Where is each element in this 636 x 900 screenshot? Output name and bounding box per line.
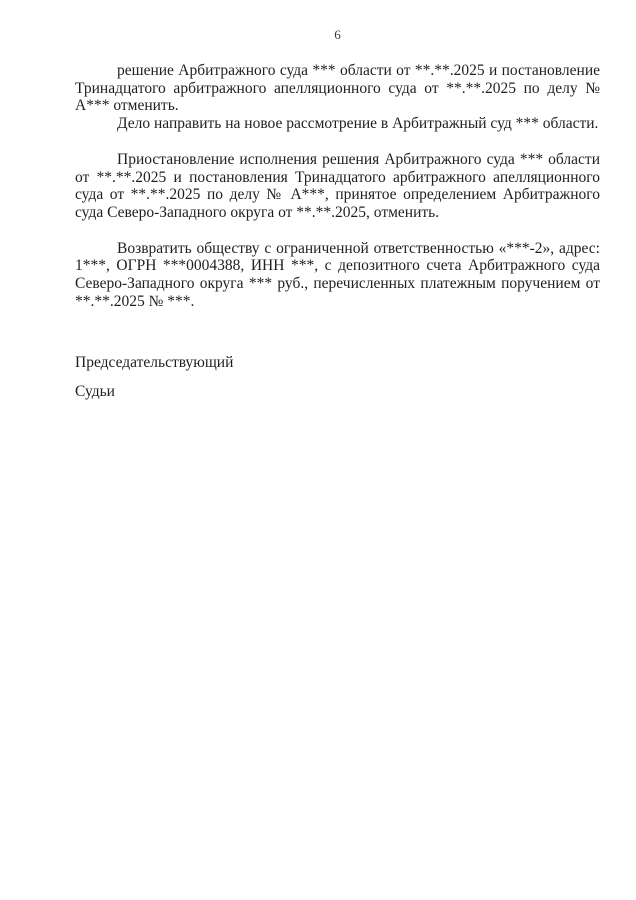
court-document-page: 6 решение Арбитражного суда *** области … [0,0,636,900]
paragraph-deposit-refund: Возвратить обществу с ограниченной ответ… [75,240,600,311]
judges-label: Судьи [75,383,600,401]
paragraph-suspension-cancellation: Приостановление исполнения решения Арбит… [75,151,600,222]
paragraph-ruling-cancellation: решение Арбитражного суда *** области от… [75,62,600,115]
page-number: 6 [75,28,600,42]
document-body: решение Арбитражного суда *** области от… [75,62,600,401]
signature-block: Председательствующий Судьи [75,354,600,400]
paragraph-case-remand: Дело направить на новое рассмотрение в А… [75,115,600,133]
presiding-judge-label: Председательствующий [75,354,600,372]
